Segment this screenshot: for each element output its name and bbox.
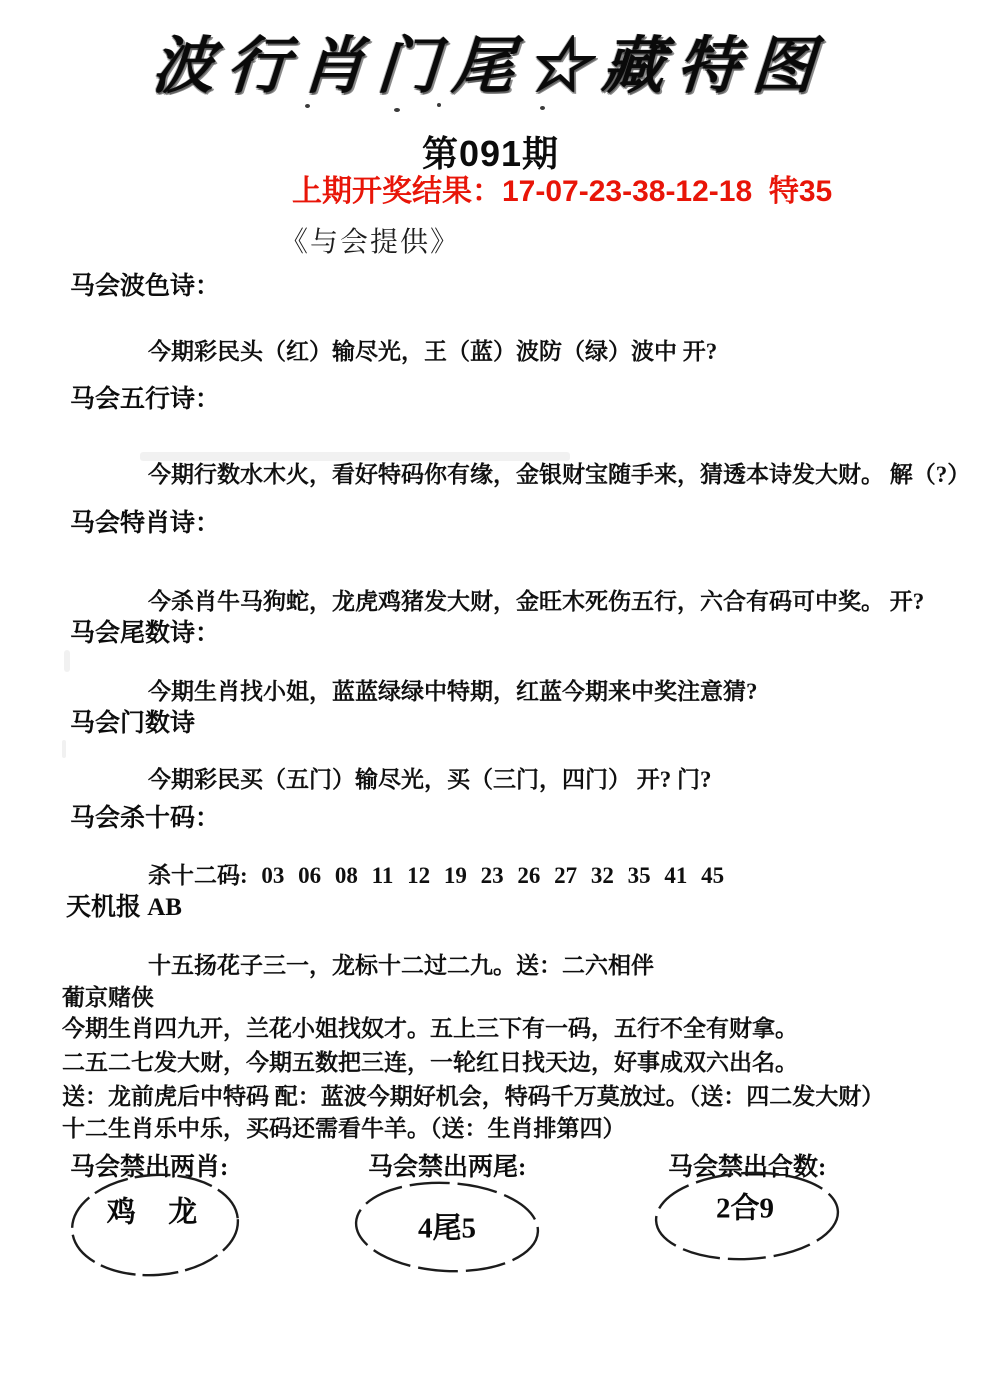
pujing-line: 二五二七发大财，今期五数把三连，一轮红日找天边，好事成双六出名。 (62, 1044, 798, 1077)
poem-menshu: 今期彩民买（五门）输尽光，买（三门，四门） 开? 门? (148, 761, 712, 794)
forbidden-wei-value: 4尾5 (418, 1206, 476, 1247)
ink-speck (437, 103, 441, 107)
provider-note: 《与会提供》 (280, 220, 460, 260)
last-draw-result: 上期开奖结果：17-07-23-38-12-18 特35 (292, 166, 832, 210)
tianji-poem: 十五扬花子三一，龙标十二过二九。送：二六相伴 (148, 947, 654, 980)
scan-smudge (64, 650, 70, 672)
poem-wuxing: 今期行数水木火，看好特码你有缘，金银财宝随手来，猜透本诗发大财。 解（?） (148, 456, 970, 489)
tianji-label: 天机报 AB (66, 887, 182, 923)
forbidden-wei-label: 马会禁出两尾: (368, 1147, 526, 1183)
poem-texiao: 今杀肖牛马狗蛇，龙虎鸡猪发大财，金旺木死伤五行，六合有码可中奖。 开? (148, 583, 924, 616)
section-label-shashima: 马会杀十码： (70, 798, 220, 834)
section-label-bose: 马会波色诗： (70, 266, 220, 302)
poem-bose: 今期彩民头（红）输尽光，王（蓝）波防（绿）波中 开? (148, 333, 717, 366)
section-label-weishu: 马会尾数诗： (70, 613, 220, 649)
pujing-line: 今期生肖四九开，兰花小姐找奴才。五上三下有一码，五行不全有财拿。 (62, 1010, 798, 1043)
ink-speck (305, 104, 310, 108)
forbidden-hesu-value: 2合9 (716, 1186, 774, 1227)
ink-speck (394, 108, 400, 112)
scan-page: 波行肖门尾☆藏特图 第091期 上期开奖结果：17-07-23-38-12-18… (0, 0, 981, 1388)
pujing-line: 送：龙前虎后中特码 配：蓝波今期好机会，特码千万莫放过。（送：四二发大财） (62, 1078, 884, 1111)
scan-smudge (62, 740, 66, 758)
section-label-texiao: 马会特肖诗： (70, 503, 220, 539)
section-label-menshu: 马会门数诗 (70, 703, 195, 739)
forbidden-xiao-value: 鸡 龙 (107, 1190, 204, 1231)
kill-numbers-line: 杀十二码: 03 06 08 11 12 19 23 26 27 32 35 4… (148, 857, 724, 890)
pujing-label: 葡京赌侠 (62, 979, 154, 1012)
poem-weishu: 今期生肖找小姐，蓝蓝绿绿中特期，红蓝今期来中奖注意猜? (148, 673, 758, 706)
pujing-line: 十二生肖乐中乐，买码还需看牛羊。（送：生肖排第四） (62, 1110, 626, 1143)
ink-speck (540, 106, 545, 110)
page-title: 波行肖门尾☆藏特图 (37, 16, 943, 105)
section-label-wuxing: 马会五行诗： (70, 379, 220, 415)
